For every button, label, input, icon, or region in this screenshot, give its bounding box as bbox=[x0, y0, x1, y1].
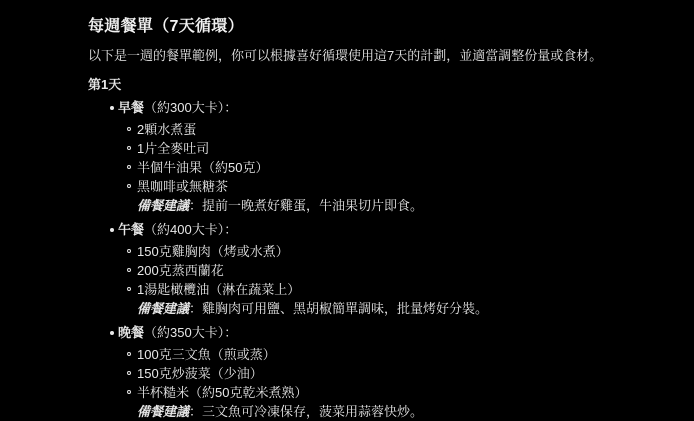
list-item: 半個牛油果（約50克） bbox=[88, 158, 654, 177]
meal-section-breakfast: 早餐（約300大卡）： 2顆水煮蛋 1片全麥吐司 半個牛油果（約50克） bbox=[88, 98, 654, 215]
meal-items: 100克三文魚（煎或蒸） 150克炒菠菜（少油） 半杯糙米（約50克乾米煮熟） … bbox=[88, 345, 654, 421]
meal-calories: （約300大卡）： bbox=[144, 100, 237, 115]
meal-heading: 午餐（約400大卡）： bbox=[88, 220, 654, 239]
circle-bullet-icon bbox=[127, 352, 131, 356]
item-body: 1湯匙橄欖油（淋在蔬菜上） 備餐建議：雞胸肉可用鹽、黑胡椒簡單調味，批量烤好分裝… bbox=[137, 280, 654, 318]
list-item: 2顆水煮蛋 bbox=[88, 120, 654, 139]
meal-items: 2顆水煮蛋 1片全麥吐司 半個牛油果（約50克） 黑咖啡或無糖茶 備餐建議：提前… bbox=[88, 120, 654, 215]
meal-items: 150克雞胸肉（烤或水煮） 200克蒸西蘭花 1湯匙橄欖油（淋在蔬菜上） 備餐建… bbox=[88, 242, 654, 318]
bullet-icon bbox=[110, 228, 114, 232]
prep-tip-label: 備餐建議 bbox=[137, 404, 189, 419]
day-heading: 第1天 bbox=[88, 75, 654, 94]
list-item: 150克雞胸肉（烤或水煮） bbox=[88, 242, 654, 261]
bullet-icon bbox=[110, 331, 114, 335]
meal-name: 晚餐 bbox=[118, 325, 144, 340]
meal-name: 午餐 bbox=[118, 222, 144, 237]
item-body: 黑咖啡或無糖茶 備餐建議：提前一晚煮好雞蛋，牛油果切片即食。 bbox=[137, 177, 654, 215]
prep-tip-text: ：三文魚可冷凍保存，菠菜用蒜蓉快炒。 bbox=[189, 404, 423, 419]
prep-tip-label: 備餐建議 bbox=[137, 198, 189, 213]
intro-text: 以下是一週的餐單範例，你可以根據喜好循環使用這7天的計劃，並適當調整份量或食材。 bbox=[88, 46, 654, 65]
circle-bullet-icon bbox=[127, 165, 131, 169]
circle-bullet-icon bbox=[127, 146, 131, 150]
bullet-icon bbox=[110, 106, 114, 110]
list-item: 半杯糙米（約50克乾米煮熟） 備餐建議：三文魚可冷凍保存，菠菜用蒜蓉快炒。 bbox=[88, 383, 654, 421]
prep-tip-label: 備餐建議 bbox=[137, 301, 189, 316]
circle-bullet-icon bbox=[127, 268, 131, 272]
list-item: 黑咖啡或無糖茶 備餐建議：提前一晚煮好雞蛋，牛油果切片即食。 bbox=[88, 177, 654, 215]
list-item: 200克蒸西蘭花 bbox=[88, 261, 654, 280]
meal-calories: （約400大卡）： bbox=[144, 222, 237, 237]
prep-tip: 備餐建議：提前一晚煮好雞蛋，牛油果切片即食。 bbox=[137, 196, 654, 215]
prep-tip: 備餐建議：雞胸肉可用鹽、黑胡椒簡單調味，批量烤好分裝。 bbox=[137, 299, 654, 318]
circle-bullet-icon bbox=[127, 249, 131, 253]
meal-heading: 早餐（約300大卡）： bbox=[88, 98, 654, 117]
meal-name: 早餐 bbox=[118, 100, 144, 115]
item-text: 1湯匙橄欖油（淋在蔬菜上） bbox=[137, 280, 654, 299]
item-text: 150克雞胸肉（烤或水煮） bbox=[137, 244, 289, 259]
circle-bullet-icon bbox=[127, 287, 131, 291]
prep-tip-text: ：雞胸肉可用鹽、黑胡椒簡單調味，批量烤好分裝。 bbox=[189, 301, 488, 316]
page-title: 每週餐單（7天循環） bbox=[88, 18, 654, 36]
prep-tip-text: ：提前一晚煮好雞蛋，牛油果切片即食。 bbox=[189, 198, 423, 213]
list-item: 1湯匙橄欖油（淋在蔬菜上） 備餐建議：雞胸肉可用鹽、黑胡椒簡單調味，批量烤好分裝… bbox=[88, 280, 654, 318]
item-text: 150克炒菠菜（少油） bbox=[137, 366, 263, 381]
list-item: 150克炒菠菜（少油） bbox=[88, 364, 654, 383]
list-item: 100克三文魚（煎或蒸） bbox=[88, 345, 654, 364]
meal-plan-document: 每週餐單（7天循環） 以下是一週的餐單範例，你可以根據喜好循環使用這7天的計劃，… bbox=[0, 0, 694, 421]
item-text: 半杯糙米（約50克乾米煮熟） bbox=[137, 383, 654, 402]
item-text: 100克三文魚（煎或蒸） bbox=[137, 347, 276, 362]
meal-list: 早餐（約300大卡）： 2顆水煮蛋 1片全麥吐司 半個牛油果（約50克） bbox=[88, 98, 654, 421]
meal-calories: （約350大卡）： bbox=[144, 325, 237, 340]
circle-bullet-icon bbox=[127, 184, 131, 188]
circle-bullet-icon bbox=[127, 371, 131, 375]
meal-section-lunch: 午餐（約400大卡）： 150克雞胸肉（烤或水煮） 200克蒸西蘭花 1湯匙橄欖… bbox=[88, 220, 654, 318]
item-text: 1片全麥吐司 bbox=[137, 141, 209, 156]
circle-bullet-icon bbox=[127, 390, 131, 394]
item-body: 半杯糙米（約50克乾米煮熟） 備餐建議：三文魚可冷凍保存，菠菜用蒜蓉快炒。 bbox=[137, 383, 654, 421]
item-text: 200克蒸西蘭花 bbox=[137, 263, 224, 278]
item-text: 黑咖啡或無糖茶 bbox=[137, 177, 654, 196]
circle-bullet-icon bbox=[127, 127, 131, 131]
item-text: 半個牛油果（約50克） bbox=[137, 160, 268, 175]
meal-section-dinner: 晚餐（約350大卡）： 100克三文魚（煎或蒸） 150克炒菠菜（少油） 半杯糙… bbox=[88, 323, 654, 421]
item-text: 2顆水煮蛋 bbox=[137, 122, 196, 137]
list-item: 1片全麥吐司 bbox=[88, 139, 654, 158]
meal-heading: 晚餐（約350大卡）： bbox=[88, 323, 654, 342]
prep-tip: 備餐建議：三文魚可冷凍保存，菠菜用蒜蓉快炒。 bbox=[137, 402, 654, 421]
